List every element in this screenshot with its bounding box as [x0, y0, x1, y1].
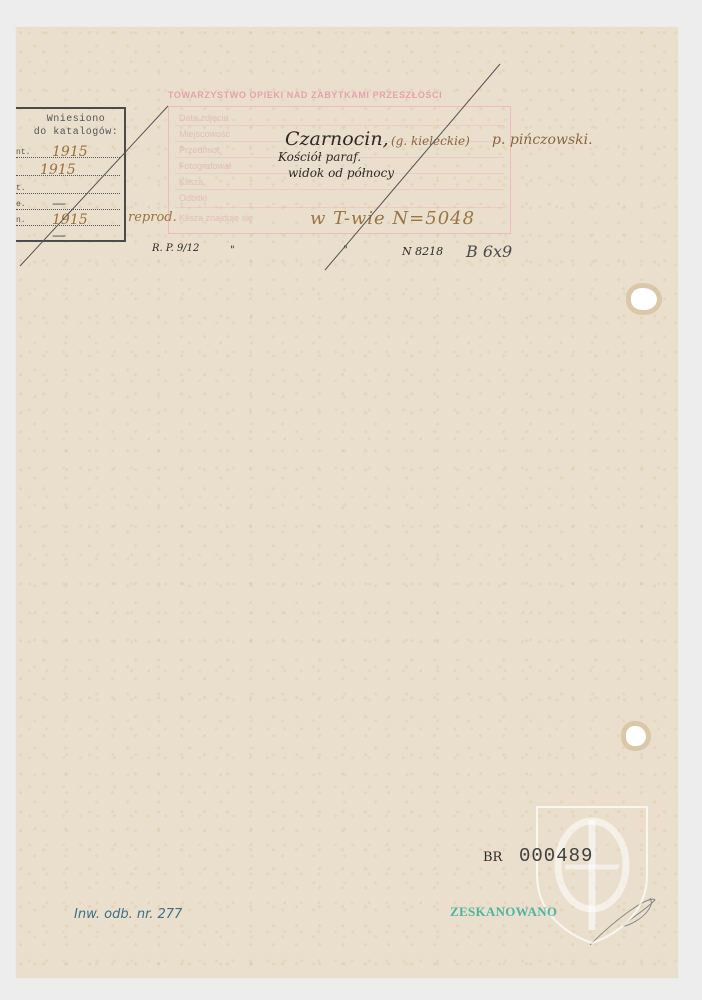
punch-hole: [631, 288, 657, 310]
br-prefix: BR: [483, 850, 502, 865]
br-number: 000489: [519, 845, 593, 867]
scanned-stamp: ZESKANOWANO: [450, 904, 557, 920]
punch-hole: [626, 726, 646, 746]
library-watermark-icon: [535, 805, 650, 945]
inventory-note: Inw. odb. nr. 277: [74, 907, 182, 922]
